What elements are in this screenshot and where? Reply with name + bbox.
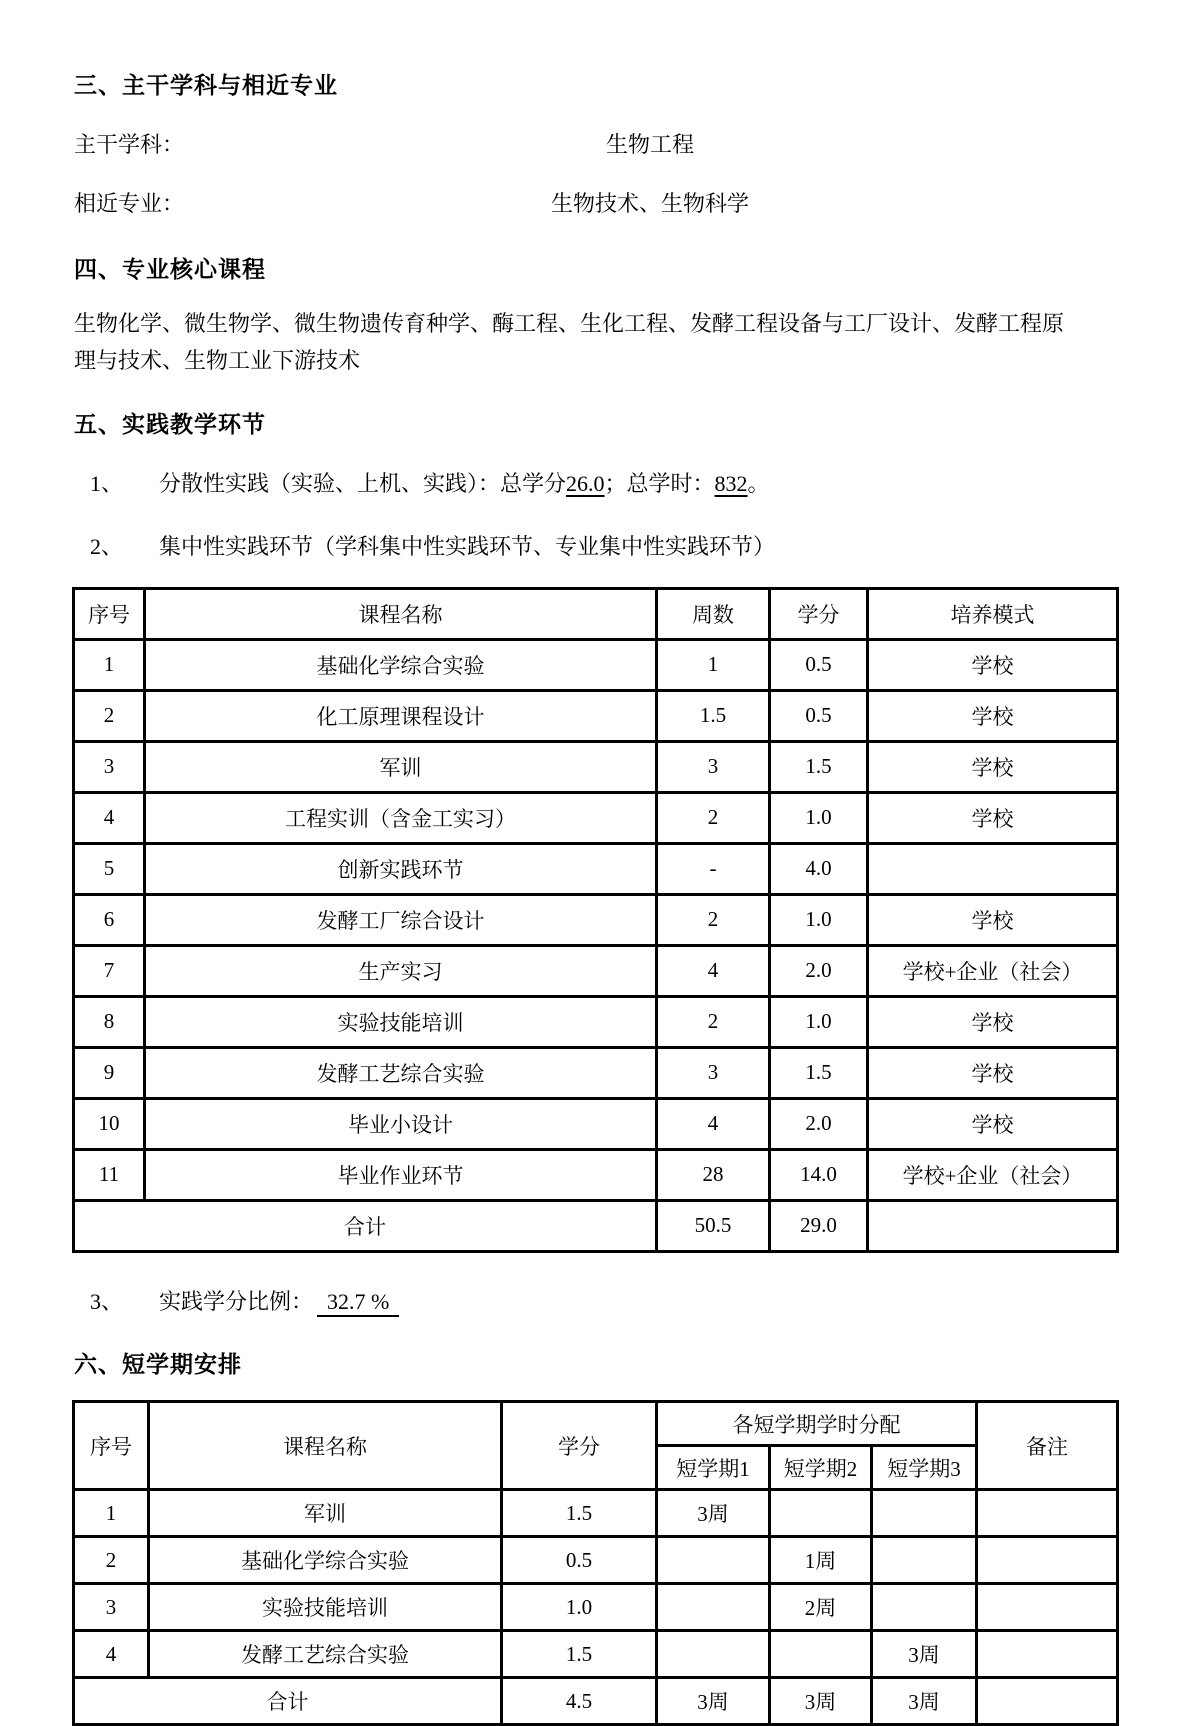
cell-mode: 学校 [868, 894, 1118, 945]
table2-total-row: 合计 4.5 3周 3周 3周 [74, 1678, 1118, 1725]
cell-weeks: 2 [657, 792, 770, 843]
table1-header-credits: 学分 [770, 588, 868, 639]
concentrated-practice-table: 序号 课程名称 周数 学分 培养模式 1 基础化学综合实验 1 0.5 学校 2… [72, 587, 1119, 1253]
cell-course: 毕业作业环节 [145, 1149, 657, 1200]
cell-term3: 3周 [872, 1631, 977, 1678]
cell-term2 [770, 1631, 872, 1678]
cell-no: 10 [74, 1098, 145, 1149]
related-majors-label: 相近专业： [74, 187, 184, 218]
document-page: 三、主干学科与相近专业 主干学科： 生物工程 相近专业： 生物技术、生物科学 四… [0, 0, 1190, 1726]
table2-header-no: 序号 [74, 1402, 149, 1490]
cell-mode: 学校 [868, 741, 1118, 792]
cell-no: 2 [74, 1537, 149, 1584]
table1-row: 2 化工原理课程设计 1.5 0.5 学校 [74, 690, 1118, 741]
cell-credits: 0.5 [770, 639, 868, 690]
cell-term3 [872, 1490, 977, 1537]
cell-credits: 14.0 [770, 1149, 868, 1200]
cell-credits: 1.0 [770, 894, 868, 945]
item1-text-after: 。 [748, 471, 770, 496]
cell-term1 [657, 1631, 770, 1678]
cell-mode: 学校 [868, 639, 1118, 690]
cell-mode [868, 843, 1118, 894]
cell-no: 4 [74, 1631, 149, 1678]
related-majors-row: 相近专业： 生物技术、生物科学 [74, 187, 1116, 218]
short-semester-table: 序号 课程名称 学分 各短学期学时分配 备注 短学期1 短学期2 短学期3 1 … [72, 1400, 1119, 1726]
cell-mode: 学校 [868, 1098, 1118, 1149]
cell-mode: 学校+企业（社会） [868, 945, 1118, 996]
table1-row: 9 发酵工艺综合实验 3 1.5 学校 [74, 1047, 1118, 1098]
cell-remark [977, 1631, 1118, 1678]
cell-weeks: 28 [657, 1149, 770, 1200]
table2-header-row-top: 序号 课程名称 学分 各短学期学时分配 备注 [74, 1402, 1118, 1446]
cell-credits: 1.5 [770, 741, 868, 792]
cell-weeks: 3 [657, 741, 770, 792]
practice-credit-ratio: 32.7 % [317, 1289, 399, 1317]
cell-no: 11 [74, 1149, 145, 1200]
cell-credits: 1.5 [770, 1047, 868, 1098]
cell-course: 基础化学综合实验 [145, 639, 657, 690]
table1-total-credits: 29.0 [770, 1200, 868, 1251]
cell-no: 4 [74, 792, 145, 843]
table1-header-mode: 培养模式 [868, 588, 1118, 639]
cell-credits: 1.5 [502, 1631, 657, 1678]
cell-weeks: 1.5 [657, 690, 770, 741]
cell-no: 9 [74, 1047, 145, 1098]
cell-no: 1 [74, 1490, 149, 1537]
main-discipline-value: 生物工程 [184, 128, 1116, 159]
table2-total-term2: 3周 [770, 1678, 872, 1725]
core-courses-text: 生物化学、微生物学、微生物遗传育种学、酶工程、生化工程、发酵工程设备与工厂设计、… [74, 305, 1084, 379]
item1-number: 1、 [90, 467, 123, 498]
item1-total-hours: 832 [715, 471, 748, 496]
table1-header-no: 序号 [74, 588, 145, 639]
cell-weeks: 4 [657, 1098, 770, 1149]
cell-course: 实验技能培训 [149, 1584, 502, 1631]
practice-item-2: 2、集中性实践环节（学科集中性实践环节、专业集中性实践环节） [74, 530, 1116, 561]
cell-weeks: - [657, 843, 770, 894]
section4-heading: 四、专业核心课程 [74, 256, 1116, 284]
table1-row: 7 生产实习 4 2.0 学校+企业（社会） [74, 945, 1118, 996]
item1-text-mid: ；总学时： [605, 471, 715, 496]
practice-item-1: 1、分散性实践（实验、上机、实践）：总学分26.0；总学时：832。 [74, 467, 1116, 498]
cell-no: 1 [74, 639, 145, 690]
table2-header-term3: 短学期3 [872, 1446, 977, 1490]
table2-row: 4 发酵工艺综合实验 1.5 3周 [74, 1631, 1118, 1678]
cell-credits: 1.0 [502, 1584, 657, 1631]
item1-text-before: 分散性实践（实验、上机、实践）：总学分 [159, 471, 566, 496]
cell-course: 生产实习 [145, 945, 657, 996]
table2-header-course: 课程名称 [149, 1402, 502, 1490]
cell-course: 工程实训（含金工实习） [145, 792, 657, 843]
cell-no: 5 [74, 843, 145, 894]
table2-header-term2: 短学期2 [770, 1446, 872, 1490]
cell-no: 7 [74, 945, 145, 996]
cell-weeks: 2 [657, 894, 770, 945]
table1-row: 6 发酵工厂综合设计 2 1.0 学校 [74, 894, 1118, 945]
cell-mode: 学校 [868, 792, 1118, 843]
table1-total-row: 合计 50.5 29.0 [74, 1200, 1118, 1251]
cell-no: 3 [74, 741, 145, 792]
cell-course: 创新实践环节 [145, 843, 657, 894]
cell-course: 实验技能培训 [145, 996, 657, 1047]
cell-course: 军训 [149, 1490, 502, 1537]
item2-number: 2、 [90, 530, 123, 561]
cell-weeks: 1 [657, 639, 770, 690]
section3-heading: 三、主干学科与相近专业 [74, 72, 1116, 100]
cell-no: 8 [74, 996, 145, 1047]
cell-credits: 0.5 [770, 690, 868, 741]
cell-course: 发酵工艺综合实验 [145, 1047, 657, 1098]
table1-row: 11 毕业作业环节 28 14.0 学校+企业（社会） [74, 1149, 1118, 1200]
item3-text: 实践学分比例：32.7 % [159, 1289, 399, 1314]
cell-term2 [770, 1490, 872, 1537]
table1-row: 4 工程实训（含金工实习） 2 1.0 学校 [74, 792, 1118, 843]
cell-course: 发酵工厂综合设计 [145, 894, 657, 945]
practice-item-3: 3、实践学分比例：32.7 % [74, 1285, 1116, 1317]
table2-row: 3 实验技能培训 1.0 2周 [74, 1584, 1118, 1631]
cell-remark [977, 1537, 1118, 1584]
cell-term1: 3周 [657, 1490, 770, 1537]
cell-mode: 学校 [868, 996, 1118, 1047]
main-discipline-row: 主干学科： 生物工程 [74, 128, 1116, 159]
cell-credits: 2.0 [770, 1098, 868, 1149]
cell-mode: 学校+企业（社会） [868, 1149, 1118, 1200]
table2-total-remark [977, 1678, 1118, 1725]
table1-row: 5 创新实践环节 - 4.0 [74, 843, 1118, 894]
cell-mode: 学校 [868, 1047, 1118, 1098]
cell-course: 发酵工艺综合实验 [149, 1631, 502, 1678]
cell-no: 3 [74, 1584, 149, 1631]
table2-header-group: 各短学期学时分配 [657, 1402, 977, 1446]
related-majors-value: 生物技术、生物科学 [184, 187, 1116, 218]
cell-course: 军训 [145, 741, 657, 792]
table1-total-weeks: 50.5 [657, 1200, 770, 1251]
table2-header-credits: 学分 [502, 1402, 657, 1490]
cell-no: 2 [74, 690, 145, 741]
table1-row: 8 实验技能培训 2 1.0 学校 [74, 996, 1118, 1047]
table1-header-course: 课程名称 [145, 588, 657, 639]
cell-credits: 1.0 [770, 792, 868, 843]
cell-weeks: 2 [657, 996, 770, 1047]
table1-total-label: 合计 [74, 1200, 657, 1251]
item2-text: 集中性实践环节（学科集中性实践环节、专业集中性实践环节） [159, 534, 775, 559]
cell-weeks: 4 [657, 945, 770, 996]
item3-label: 实践学分比例： [159, 1289, 313, 1314]
table1-row: 1 基础化学综合实验 1 0.5 学校 [74, 639, 1118, 690]
table2-total-label: 合计 [74, 1678, 502, 1725]
table1-header-weeks: 周数 [657, 588, 770, 639]
cell-remark [977, 1490, 1118, 1537]
item1-text: 分散性实践（实验、上机、实践）：总学分26.0；总学时：832。 [159, 471, 770, 496]
cell-no: 6 [74, 894, 145, 945]
cell-term2: 1周 [770, 1537, 872, 1584]
table2-row: 1 军训 1.5 3周 [74, 1490, 1118, 1537]
cell-term1 [657, 1584, 770, 1631]
table2-header-remark: 备注 [977, 1402, 1118, 1490]
table2-total-credits: 4.5 [502, 1678, 657, 1725]
table1-total-mode [868, 1200, 1118, 1251]
cell-course: 化工原理课程设计 [145, 690, 657, 741]
cell-course: 基础化学综合实验 [149, 1537, 502, 1584]
section6-heading: 六、短学期安排 [74, 1351, 1116, 1379]
cell-credits: 4.0 [770, 843, 868, 894]
item3-number: 3、 [90, 1285, 123, 1316]
table2-header-term1: 短学期1 [657, 1446, 770, 1490]
cell-course: 毕业小设计 [145, 1098, 657, 1149]
section5-heading: 五、实践教学环节 [74, 411, 1116, 439]
cell-mode: 学校 [868, 690, 1118, 741]
cell-credits: 1.0 [770, 996, 868, 1047]
table2-row: 2 基础化学综合实验 0.5 1周 [74, 1537, 1118, 1584]
item1-total-credits: 26.0 [566, 471, 605, 496]
table1-header-row: 序号 课程名称 周数 学分 培养模式 [74, 588, 1118, 639]
table2-total-term1: 3周 [657, 1678, 770, 1725]
table2-total-term3: 3周 [872, 1678, 977, 1725]
cell-remark [977, 1584, 1118, 1631]
table1-row: 10 毕业小设计 4 2.0 学校 [74, 1098, 1118, 1149]
cell-credits: 0.5 [502, 1537, 657, 1584]
main-discipline-label: 主干学科： [74, 128, 184, 159]
cell-term2: 2周 [770, 1584, 872, 1631]
cell-credits: 2.0 [770, 945, 868, 996]
cell-credits: 1.5 [502, 1490, 657, 1537]
cell-weeks: 3 [657, 1047, 770, 1098]
cell-term3 [872, 1584, 977, 1631]
cell-term1 [657, 1537, 770, 1584]
table1-row: 3 军训 3 1.5 学校 [74, 741, 1118, 792]
cell-term3 [872, 1537, 977, 1584]
